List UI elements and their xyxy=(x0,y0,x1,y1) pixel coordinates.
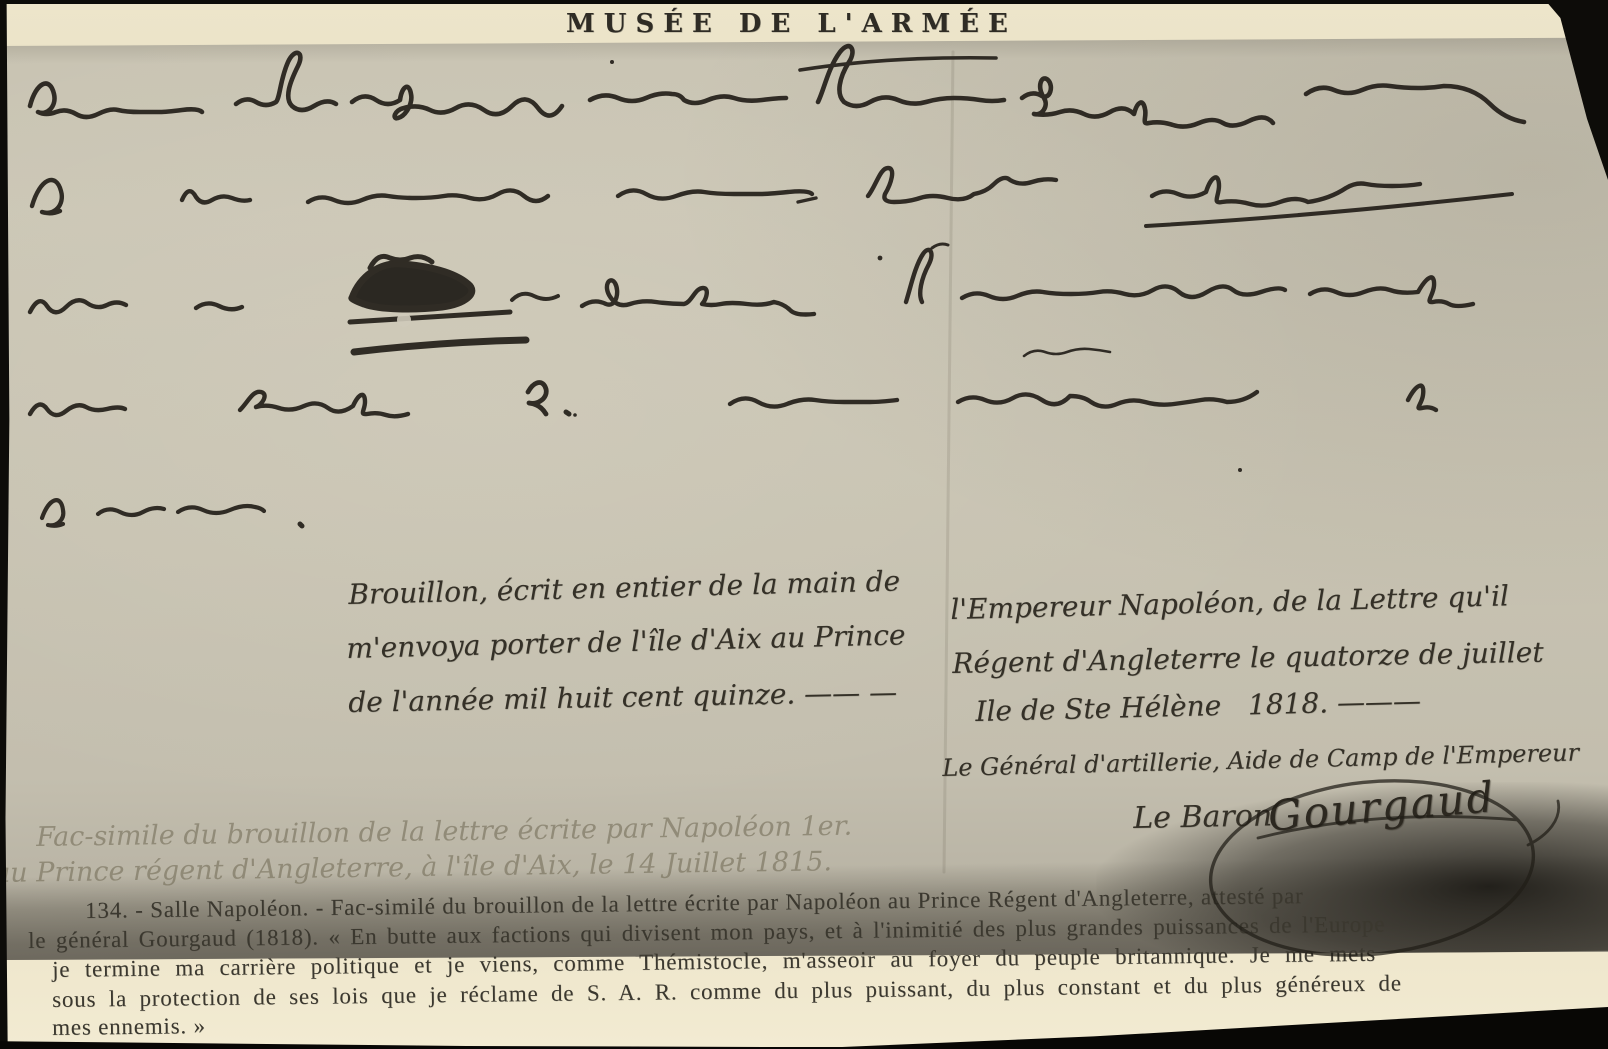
postcard: MUSÉE DE L'ARMÉE Brouillon, écrit en ent… xyxy=(0,2,1608,1047)
scan-edge-top xyxy=(0,0,1608,4)
scanned-postcard-scene: MUSÉE DE L'ARMÉE Brouillon, écrit en ent… xyxy=(0,0,1608,1049)
printed-caption-line5: mes ennemis. » xyxy=(52,1013,206,1041)
attestation-le-baron: Le Baron xyxy=(1133,798,1273,836)
museum-title: MUSÉE DE L'ARMÉE xyxy=(566,9,966,39)
